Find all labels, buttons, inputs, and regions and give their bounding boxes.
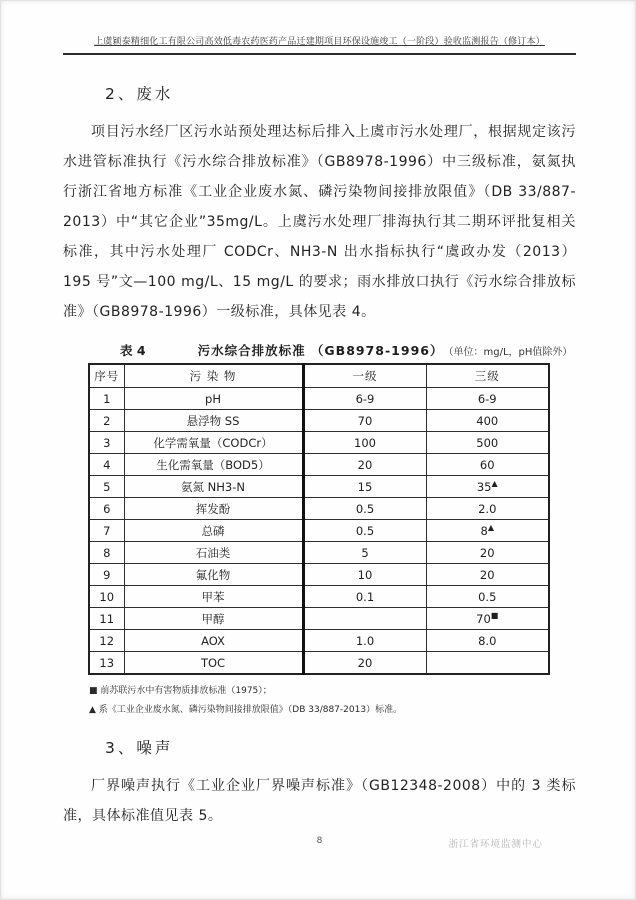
- row-index-cell: 9: [89, 564, 124, 586]
- table4-caption-title: 污水综合排放标准 （GB8978-1996）: [198, 341, 444, 359]
- table-row: 6挥发酚0.52.0: [89, 498, 549, 520]
- pollutant-cell: 生化需氧量（BOD5）: [124, 454, 303, 476]
- pollutant-cell: 挥发酚: [124, 498, 303, 520]
- table-row: 7总磷0.58▲: [89, 520, 549, 542]
- footnote-marker: ▲: [488, 523, 494, 532]
- grade1-value-cell: 70: [303, 410, 426, 432]
- table-row: 13TOC20: [89, 652, 549, 675]
- table4-caption-unit: （单位：mg/L，pH值除外）: [443, 343, 572, 358]
- header-title: 上虞颖泰精细化工有限公司高效低毒农药医药产品迁建期项目环保设施竣工（一阶段）验收…: [94, 37, 545, 47]
- noise-paragraph: 厂界噪声执行《工业企业厂界噪声标准》（GB12348-2008）中的 3 类标准…: [63, 771, 576, 831]
- grade3-value-cell: 8▲: [426, 520, 549, 542]
- row-index-cell: 7: [89, 520, 124, 542]
- page-footer: 8 浙江省环境监测中心: [63, 836, 576, 852]
- grade3-value-cell: 0.5: [426, 586, 549, 608]
- table4-footnotes: ■ 前苏联污水中有害物质排放标准（1975）； ▲ 系《工业企业废水氮、磷污染物…: [89, 682, 576, 720]
- pollutant-cell: 氨氮 NH3-N: [124, 476, 303, 498]
- footnote-square: ■ 前苏联污水中有害物质排放标准（1975）；: [89, 682, 576, 701]
- row-index-cell: 13: [89, 652, 124, 675]
- row-index-cell: 2: [89, 410, 124, 432]
- grade1-value-cell: 20: [303, 454, 426, 476]
- grade3-value-cell: 400: [426, 410, 549, 432]
- pollutant-cell: 甲苯: [124, 586, 303, 608]
- footer-organization: 浙江省环境监测中心: [448, 836, 543, 850]
- row-index-cell: 1: [89, 388, 124, 410]
- pollutant-cell: AOX: [124, 630, 303, 652]
- table-row: 12AOX1.08.0: [89, 630, 549, 652]
- grade1-value-cell: 10: [303, 564, 426, 586]
- table4-caption: 表 4 污水综合排放标准 （GB8978-1996） （单位：mg/L，pH值除…: [88, 341, 548, 359]
- col-header-grade3: 三级: [426, 364, 549, 388]
- section-heading-noise: 3、噪声: [63, 736, 576, 758]
- pollutant-cell: TOC: [124, 652, 303, 675]
- pollutant-cell: 化学需氧量（CODCr）: [124, 432, 303, 454]
- grade1-value-cell: 0.5: [303, 520, 426, 542]
- table-row: 2悬浮物 SS70400: [89, 410, 549, 432]
- table-row: 10甲苯0.10.5: [89, 586, 549, 608]
- row-index-cell: 12: [89, 630, 124, 652]
- grade3-value-cell: 20: [426, 542, 549, 564]
- table-header-row: 序号 污 染 物 一级 三级: [89, 364, 549, 388]
- grade1-value-cell: 0.1: [303, 586, 426, 608]
- grade3-value-cell: 60: [426, 454, 549, 476]
- table-row: 4生化需氧量（BOD5）2060: [89, 454, 549, 476]
- table-row: 8石油类520: [89, 542, 549, 564]
- grade1-value-cell: 5: [303, 542, 426, 564]
- discharge-standard-table: 序号 污 染 物 一级 三级 1pH6-96-92悬浮物 SS704003化学需…: [88, 363, 550, 675]
- grade1-value-cell: 0.5: [303, 498, 426, 520]
- row-index-cell: 6: [89, 498, 124, 520]
- pollutant-cell: pH: [124, 388, 303, 410]
- footnote-marker: ▲: [491, 479, 497, 488]
- document-page: 上虞颖泰精细化工有限公司高效低毒农药医药产品迁建期项目环保设施竣工（一阶段）验收…: [0, 0, 636, 900]
- grade3-value-cell: [426, 652, 549, 675]
- table-row: 3化学需氧量（CODCr）100500: [89, 432, 549, 454]
- row-index-cell: 5: [89, 476, 124, 498]
- table-row: 5氨氮 NH3-N1535▲: [89, 476, 549, 498]
- table-row: 9氟化物1020: [89, 564, 549, 586]
- footnote-triangle: ▲ 系《工业企业废水氮、磷污染物间接排放限值》（DB 33/887-2013）标…: [89, 701, 576, 720]
- row-index-cell: 10: [89, 586, 124, 608]
- grade1-value-cell: 15: [303, 476, 426, 498]
- row-index-cell: 8: [89, 542, 124, 564]
- pollutant-cell: 石油类: [124, 542, 303, 564]
- pollutant-cell: 氟化物: [124, 564, 303, 586]
- table-row: 11甲醇70■: [89, 608, 549, 630]
- grade1-value-cell: 20: [303, 652, 426, 675]
- grade3-value-cell: 2.0: [426, 498, 549, 520]
- table-row: 1pH6-96-9: [89, 388, 549, 410]
- pollutant-cell: 总磷: [124, 520, 303, 542]
- wastewater-paragraph: 项目污水经厂区污水站预处理达标后排入上虞市污水处理厂，根据规定该污水进管标准执行…: [63, 117, 576, 327]
- grade1-value-cell: 6-9: [303, 388, 426, 410]
- page-content: 2、废水 项目污水经厂区污水站预处理达标后排入上虞市污水处理厂，根据规定该污水进…: [63, 82, 576, 831]
- row-index-cell: 4: [89, 454, 124, 476]
- row-index-cell: 11: [89, 608, 124, 630]
- grade3-value-cell: 500: [426, 432, 549, 454]
- grade1-value-cell: 100: [303, 432, 426, 454]
- pollutant-cell: 甲醇: [124, 608, 303, 630]
- row-index-cell: 3: [89, 432, 124, 454]
- footnote-marker: ■: [491, 611, 499, 620]
- grade3-value-cell: 20: [426, 564, 549, 586]
- grade1-value-cell: 1.0: [303, 630, 426, 652]
- grade3-value-cell: 70■: [426, 608, 549, 630]
- pollutant-cell: 悬浮物 SS: [124, 410, 303, 432]
- section-heading-wastewater: 2、废水: [63, 82, 576, 104]
- table4-caption-label: 表 4: [120, 341, 146, 359]
- col-header-grade1: 一级: [303, 364, 426, 388]
- grade1-value-cell: [303, 608, 426, 630]
- col-header-pollutant: 污 染 物: [124, 364, 303, 388]
- grade3-value-cell: 8.0: [426, 630, 549, 652]
- page-header: 上虞颖泰精细化工有限公司高效低毒农药医药产品迁建期项目环保设施竣工（一阶段）验收…: [63, 36, 576, 55]
- grade3-value-cell: 6-9: [426, 388, 549, 410]
- col-header-index: 序号: [89, 364, 124, 388]
- grade3-value-cell: 35▲: [426, 476, 549, 498]
